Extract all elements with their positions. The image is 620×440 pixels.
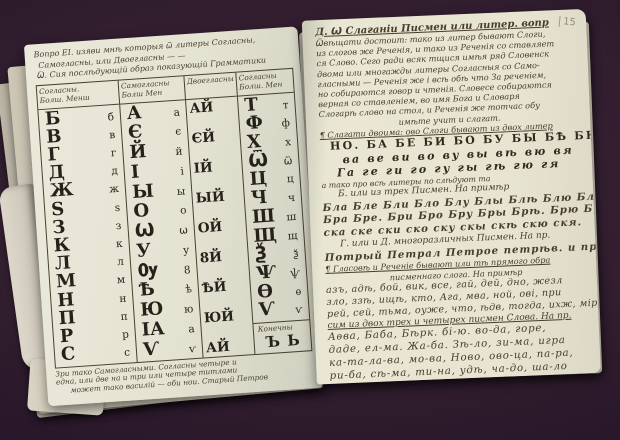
uppercase-letter: Ѳ <box>257 283 274 300</box>
letter-pair: Пп <box>58 307 128 328</box>
letter-pair: Хх <box>247 132 292 151</box>
uppercase-letter: Ѡ <box>134 223 155 240</box>
letter-pair: Ѡѡ <box>134 220 188 240</box>
diphthong-cell: АЙ <box>189 98 235 115</box>
lowercase-letter: х <box>285 136 292 148</box>
diphthong-cell: ІЙ <box>193 158 239 175</box>
lowercase-letter: у <box>183 244 190 256</box>
uppercase-letter: Ф <box>245 115 263 132</box>
letter-pair: Мм <box>56 270 126 291</box>
uppercase-letter: Ѿ <box>248 152 269 169</box>
letter-pair: Чч <box>250 188 295 207</box>
lowercase-letter: г <box>111 147 117 159</box>
uppercase-letter: Ю <box>140 301 164 319</box>
letter-pair: Ѯѯ <box>254 244 299 263</box>
letter-pair: Цц <box>249 169 294 188</box>
uppercase-letter: Ѣ <box>138 282 155 299</box>
lowercase-letter: м <box>117 274 126 287</box>
letter-pair: Оо <box>133 201 187 221</box>
lowercase-letter: б <box>107 111 114 123</box>
lowercase-letter: щ <box>287 229 298 242</box>
lowercase-letter: ы <box>176 185 185 198</box>
letter-pair: ІАа <box>141 319 195 339</box>
diphthong-cell: 8Й <box>199 248 245 265</box>
lowercase-letter: ѵ <box>295 304 303 316</box>
lowercase-letter: ѿ <box>283 155 293 168</box>
uppercase-letter: ІА <box>141 321 165 339</box>
uppercase-letter: Б <box>44 110 60 127</box>
letter-pair: Гг <box>47 143 117 164</box>
letter-pair: Йй <box>129 142 183 162</box>
column-header: Двоегласны <box>184 72 237 99</box>
lowercase-letter: ф <box>281 117 290 130</box>
lowercase-letter: є <box>175 126 182 138</box>
uppercase-letter: Ѕ <box>51 201 65 218</box>
letter-pair: Іі <box>130 161 184 181</box>
left-page: Вопро ЕІ. изяви мнѣ которыя ѿ литеры Сог… <box>24 26 322 406</box>
lowercase-letter: ѵ <box>188 343 196 355</box>
uppercase-letter: Ѱ <box>255 264 276 281</box>
lowercase-letter: ю <box>184 303 194 316</box>
uppercase-letter: Ѵ <box>142 341 160 358</box>
letter-pair: Ѿѿ <box>248 151 293 170</box>
letter-pair: Ѣѣ <box>138 279 192 299</box>
lowercase-letter: ѡ <box>179 224 189 237</box>
photo-background: Вопро ЕІ. изяви мнѣ которыя ѿ литеры Сог… <box>0 0 620 440</box>
letter-pair: Фф <box>245 113 290 132</box>
lowercase-letter: р <box>122 329 130 341</box>
lowercase-letter: ѱ <box>290 267 300 280</box>
diphthong-cell: ОЙ <box>197 218 243 235</box>
lowercase-letter: з <box>115 220 122 232</box>
diphthong-cell: ѢЙ <box>201 278 247 295</box>
letter-pair: Ѵѵ <box>142 339 196 359</box>
alphabet-table: Согласны. Болш. Менш БбВвГгДдЖжЅѕЗзКкЛлМ… <box>36 67 313 368</box>
letter-pair: Уу <box>136 240 190 260</box>
four-letter-words: Аѳва, Баба, Бѣрк. бі-ю. во-да, горе,даде… <box>328 321 591 384</box>
right-page: Д. Ѡ Слаганіи Писмен или литер. вопр 15 … <box>302 9 601 385</box>
lowercase-letter: 8 <box>183 264 190 276</box>
lowercase-letter: л <box>117 256 124 268</box>
uppercase-letter: С <box>61 347 76 364</box>
uppercase-letter: Ѯ <box>254 246 268 263</box>
letter-pair: Дд <box>48 161 118 182</box>
lowercase-letter: ц <box>287 173 295 185</box>
letter-pair: Єє <box>128 122 182 142</box>
lowercase-letter: ѣ <box>185 283 192 295</box>
lowercase-letter: с <box>124 347 131 359</box>
uppercase-letter: П <box>58 310 76 327</box>
lowercase-letter: а <box>188 323 195 335</box>
lowercase-letter: к <box>116 238 123 250</box>
uppercase-letter: У <box>136 243 152 260</box>
lowercase-letter: д <box>111 165 118 177</box>
letter-pair: Ѳѳ <box>257 281 302 300</box>
letter-pair: Вв <box>46 125 116 146</box>
uppercase-letter: Ѹ <box>137 262 159 279</box>
lowercase-letter: і <box>180 165 184 177</box>
uppercase-letter: О <box>133 203 150 220</box>
uppercase-letter: І <box>130 164 139 181</box>
uppercase-letter: Ч <box>250 190 267 207</box>
final-letter: Ъ <box>265 332 281 351</box>
final-letter: Ь <box>287 330 301 349</box>
letter-pair: Ѵѵ <box>258 300 303 319</box>
page-number: 15 <box>559 16 577 29</box>
uppercase-letter: Щ <box>253 227 277 245</box>
uppercase-letter: Ц <box>249 171 267 188</box>
letter-pair: Жж <box>49 179 119 200</box>
lowercase-letter: а <box>173 106 180 118</box>
lowercase-letter: ѯ <box>293 248 299 260</box>
lowercase-letter: н <box>119 292 127 304</box>
lowercase-letter: й <box>175 145 183 157</box>
diphthong-cell: АЙ <box>205 338 251 355</box>
uppercase-letter: В <box>46 128 62 145</box>
uppercase-letter: Ы <box>132 183 155 200</box>
lowercase-letter: ж <box>109 183 119 196</box>
letter-pair: Ѹ8 <box>137 260 191 280</box>
diphthong-cell: ЫЙ <box>195 188 241 205</box>
letter-pair: Сс <box>61 343 131 364</box>
lowercase-letter: т <box>282 99 289 111</box>
uppercase-letter: Х <box>247 134 262 151</box>
uppercase-letter: А <box>126 105 142 122</box>
letter-pair: Тт <box>244 95 289 114</box>
letter-pair: Щщ <box>253 225 298 244</box>
letter-pair: Аа <box>126 102 180 122</box>
intro-paragraph: Ѿвѣщати достоит: тако из литер бывают Сл… <box>316 27 580 119</box>
letter-pair: Ѱѱ <box>255 263 300 282</box>
uppercase-letter: Й <box>129 144 147 161</box>
letter-pair: Бб <box>44 107 114 128</box>
lowercase-letter: п <box>120 311 128 323</box>
letter-pair: Юю <box>140 299 194 319</box>
uppercase-letter: Є <box>128 124 143 141</box>
letter-pair: Рр <box>59 325 129 346</box>
letter-pair: Ыы <box>132 181 186 201</box>
letter-pair: Шш <box>252 207 297 226</box>
letter-pair: Кк <box>53 234 123 255</box>
uppercase-letter: Т <box>244 97 258 114</box>
uppercase-letter: Ѵ <box>258 302 276 319</box>
uppercase-letter: Ж <box>49 182 74 200</box>
letter-pair: Зз <box>52 216 122 237</box>
letter-pair: Ѕѕ <box>51 197 121 218</box>
lowercase-letter: ш <box>286 211 297 224</box>
lowercase-letter: ѕ <box>114 201 120 213</box>
lowercase-letter: в <box>109 129 116 141</box>
diphthong-cell: ЄЙ <box>191 128 237 145</box>
lowercase-letter: ч <box>288 192 296 204</box>
lowercase-letter: ѳ <box>295 285 302 297</box>
letter-pair: Лл <box>54 252 124 273</box>
lowercase-letter: о <box>180 205 187 217</box>
diphthong-cell: ЮЙ <box>203 308 249 325</box>
manuscript-book: Вопро ЕІ. изяви мнѣ которыя ѿ литеры Сог… <box>12 0 612 432</box>
letter-pair: Нн <box>57 288 127 309</box>
final-letters-section: Конечны ЪЬ <box>253 319 311 354</box>
uppercase-letter: Ш <box>252 208 276 226</box>
